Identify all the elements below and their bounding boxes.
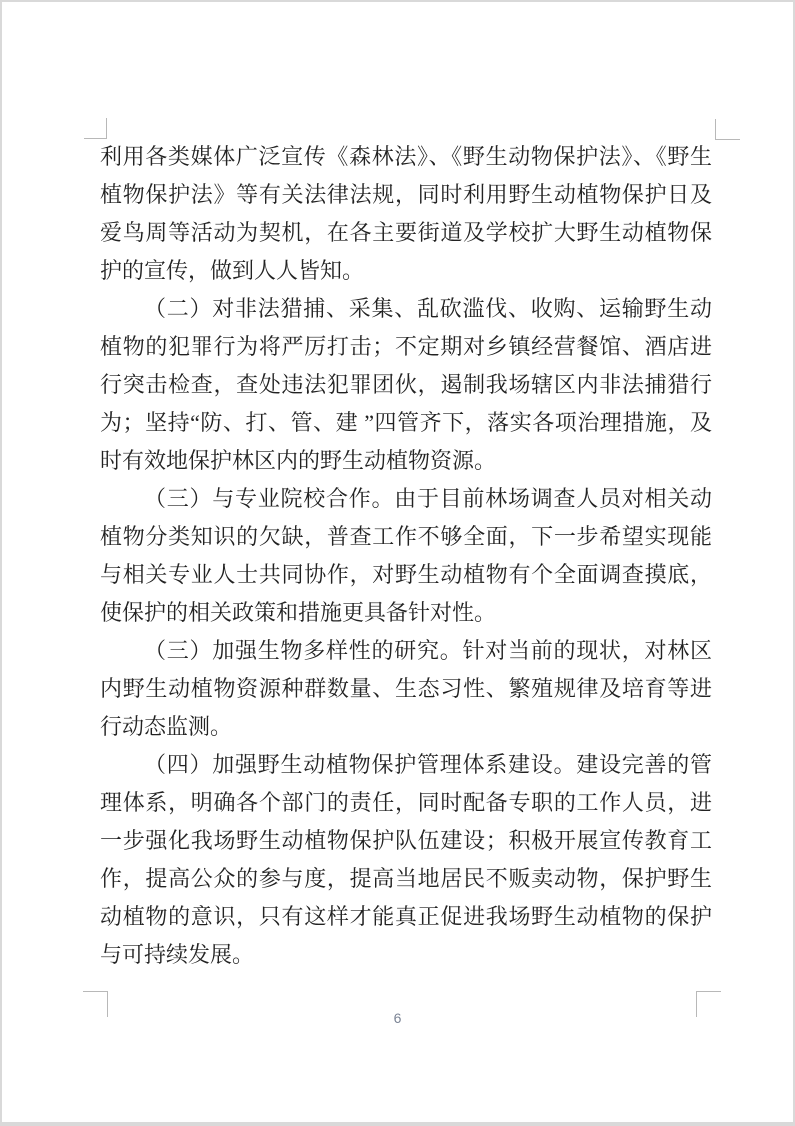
paragraph-item-4: （四）加强野生动植物保护管理体系建设。建设完善的管理体系，明确各个部门的责任，同… [100,746,712,974]
document-viewport: 利用各类媒体广泛宣传《森林法》、《野生动物保护法》、《野生植物保护法》等有关法律… [0,0,795,1126]
paragraph-continuation: 利用各类媒体广泛宣传《森林法》、《野生动物保护法》、《野生植物保护法》等有关法律… [100,138,712,290]
document-body: 利用各类媒体广泛宣传《森林法》、《野生动物保护法》、《野生植物保护法》等有关法律… [100,138,712,974]
paragraph-item-3: （三）与专业院校合作。由于目前林场调查人员对相关动植物分类知识的欠缺，普查工作不… [100,480,712,632]
crop-mark-top-left-icon [84,118,107,139]
crop-mark-top-right-icon [715,119,740,140]
page-number: 6 [2,1010,793,1026]
document-page: 利用各类媒体广泛宣传《森林法》、《野生动物保护法》、《野生植物保护法》等有关法律… [2,2,793,1122]
paragraph-item-2: （二）对非法猎捕、采集、乱砍滥伐、收购、运输野生动植物的犯罪行为将严厉打击；不定… [100,290,712,480]
paragraph-item-3b: （三）加强生物多样性的研究。针对当前的现状，对林区内野生动植物资源种群数量、生态… [100,632,712,746]
